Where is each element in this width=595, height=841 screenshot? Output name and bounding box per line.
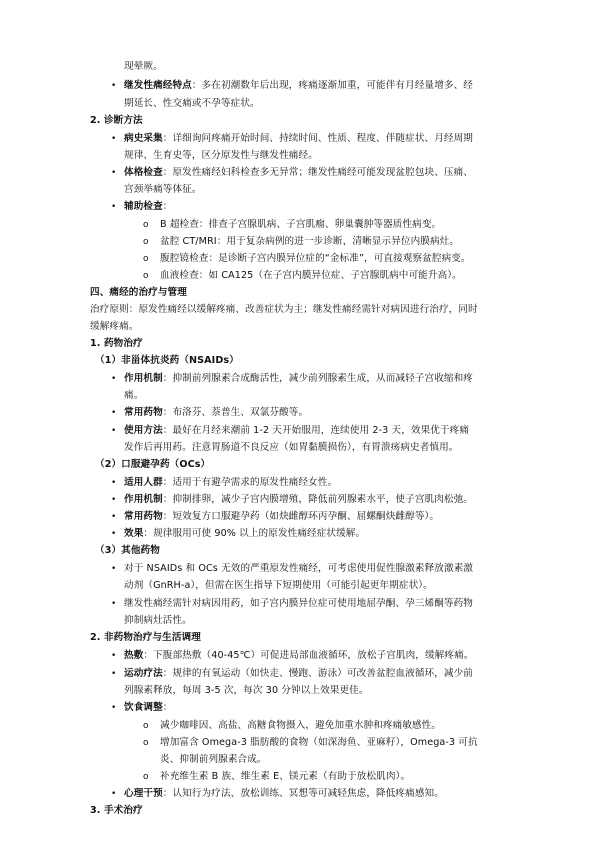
text-line: 盆腔 CT/MRI：用于复杂病例的进一步诊断，清晰显示异位内膜病灶。 bbox=[160, 235, 459, 249]
text-line: 作用机制：抑制前列腺素合成酶活性，减少前列腺素生成，从而减轻子宫收缩和疼 bbox=[124, 372, 473, 386]
body-text: 规律、生育史等，区分原发性与继发性痛经。 bbox=[124, 150, 318, 161]
term-label: 常用药物 bbox=[124, 407, 163, 418]
bullet-icon: • bbox=[111, 79, 116, 93]
section-heading: 3. 手术治疗 bbox=[90, 804, 143, 818]
term-label: 病史采集 bbox=[124, 133, 163, 144]
term-label: 常用药物 bbox=[124, 511, 163, 522]
body-text: ：短效复方口服避孕药（如炔雌醇环丙孕酮、屈螺酮炔雌醇等）。 bbox=[163, 511, 439, 522]
bullet-icon: • bbox=[111, 476, 116, 490]
text-line: 腹腔镜检查：是诊断子宫内膜异位症的“金标准”，可直接观察盆腔病变。 bbox=[160, 252, 471, 266]
text-line: 使用方法：最好在月经来潮前 1-2 天开始服用，连续使用 2-3 天，效果优于疼… bbox=[124, 424, 469, 438]
bullet-icon: • bbox=[111, 667, 116, 681]
body-text: ：最好在月经来潮前 1-2 天开始服用，连续使用 2-3 天，效果优于疼痛 bbox=[163, 425, 469, 436]
text-line: 运动疗法：规律的有氧运动（如快走、慢跑、游泳）可改善盆腔血液循环，减少前 bbox=[124, 667, 473, 681]
term-label: 体格检查 bbox=[124, 167, 163, 178]
body-text: ：抑制排卵，减少子宫内膜增殖，降低前列腺素水平，使子宫肌肉松弛。 bbox=[163, 494, 473, 505]
text-line: 辅助检查： bbox=[124, 200, 172, 214]
body-text: ： bbox=[163, 201, 173, 212]
body-text: 炎、抑制前列腺素合成。 bbox=[160, 754, 267, 765]
sub-bullet-icon: o bbox=[143, 235, 149, 249]
body-text: ：认知行为疗法、放松训练、冥想等可减轻焦虑，降低疼痛感知。 bbox=[163, 788, 444, 799]
text-line: 增加富含 Omega-3 脂肪酸的食物（如深海鱼、亚麻籽），Omega-3 可抗 bbox=[160, 736, 478, 750]
body-text: 期延长、性交痛或不孕等症状。 bbox=[124, 98, 260, 109]
body-text: 发作后再用药。注意胃肠道不良反应（如胃黏膜损伤），有胃溃疡病史者慎用。 bbox=[124, 442, 458, 453]
section-heading: 2. 诊断方法 bbox=[90, 114, 143, 128]
term-label: 继发性痛经特点 bbox=[124, 80, 192, 91]
text-line: 列腺素释放，每周 3-5 次，每次 30 分钟以上效果更佳。 bbox=[124, 684, 369, 698]
heading-text: （1）非甾体抗炎药（NSAIDs） bbox=[95, 355, 239, 366]
body-text: 增加富含 Omega-3 脂肪酸的食物（如深海鱼、亚麻籽），Omega-3 可抗 bbox=[160, 737, 478, 748]
section-heading: 1. 药物治疗 bbox=[90, 337, 143, 351]
term-label: 适用人群 bbox=[124, 477, 163, 488]
body-text: 抑制病灶活性。 bbox=[124, 615, 192, 626]
section-heading: （3）其他药物 bbox=[95, 544, 160, 558]
text-line: 常用药物：布洛芬、萘普生、双氯芬酸等。 bbox=[124, 406, 308, 420]
body-text: B 超检查：排查子宫腺肌病、子宫肌瘤、卵巢囊肿等器质性病变。 bbox=[160, 219, 441, 230]
body-text: ：适用于有避孕需求的原发性痛经女性。 bbox=[163, 477, 338, 488]
text-line: 减少咖啡因、高盐、高糖食物摄入，避免加重水肿和疼痛敏感性。 bbox=[160, 719, 441, 733]
text-line: B 超检查：排查子宫腺肌病、子宫肌瘤、卵巢囊肿等器质性病变。 bbox=[160, 218, 441, 232]
body-text: 治疗原则：原发性痛经以缓解疼痛、改善症状为主；继发性痛经需针对病因进行治疗，同时 bbox=[90, 304, 478, 315]
heading-text: 3. 手术治疗 bbox=[90, 805, 143, 816]
heading-text: 1. 药物治疗 bbox=[90, 338, 143, 349]
bullet-icon: • bbox=[111, 649, 116, 663]
text-line: 抑制病灶活性。 bbox=[124, 614, 192, 628]
text-line: 动剂（GnRH-a），但需在医生指导下短期使用（可能引起更年期症状）。 bbox=[124, 579, 433, 593]
text-line: 宫颈举痛等体征。 bbox=[124, 183, 202, 197]
text-line: 作用机制：抑制排卵，减少子宫内膜增殖，降低前列腺素水平，使子宫肌肉松弛。 bbox=[124, 493, 473, 507]
body-text: ：原发性痛经妇科检查多无异常；继发性痛经可能发现盆腔包块、压痛、 bbox=[163, 167, 473, 178]
body-text: 宫颈举痛等体征。 bbox=[124, 184, 202, 195]
body-text: ：规律的有氧运动（如快走、慢跑、游泳）可改善盆腔血液循环，减少前 bbox=[163, 668, 473, 679]
text-line: 补充维生素 B 族、维生素 E、镁元素（有助于放松肌肉）。 bbox=[160, 770, 410, 784]
sub-bullet-icon: o bbox=[143, 736, 149, 750]
text-line: 适用人群：适用于有避孕需求的原发性痛经女性。 bbox=[124, 476, 337, 490]
text-line: 现晕厥。 bbox=[124, 60, 163, 74]
bullet-icon: • bbox=[111, 510, 116, 524]
bullet-icon: • bbox=[111, 166, 116, 180]
body-text: 列腺素释放，每周 3-5 次，每次 30 分钟以上效果更佳。 bbox=[124, 685, 369, 696]
section-heading: （2）口服避孕药（OCs） bbox=[95, 458, 210, 472]
text-line: 热敷：下腹部热敷（40-45℃）可促进局部血液循环，放松子宫肌肉，缓解疼痛。 bbox=[124, 649, 473, 663]
text-line: 效果：规律服用可使 90% 以上的原发性痛经症状缓解。 bbox=[124, 527, 365, 541]
text-line: 常用药物：短效复方口服避孕药（如炔雌醇环丙孕酮、屈螺酮炔雌醇等）。 bbox=[124, 510, 439, 524]
term-label: 作用机制 bbox=[124, 494, 163, 505]
text-line: 规律、生育史等，区分原发性与继发性痛经。 bbox=[124, 149, 318, 163]
body-text: ：抑制前列腺素合成酶活性，减少前列腺素生成，从而减轻子宫收缩和疼 bbox=[163, 373, 473, 384]
heading-text: （2）口服避孕药（OCs） bbox=[95, 459, 210, 470]
body-text: 痛。 bbox=[124, 390, 143, 401]
heading-text: 2. 诊断方法 bbox=[90, 115, 143, 126]
term-label: 心理干预 bbox=[124, 788, 163, 799]
body-text: 缓解疼痛。 bbox=[90, 321, 138, 332]
body-text: 血液检查：如 CA125（在子宫内膜异位症、子宫腺肌病中可能升高）。 bbox=[160, 270, 462, 281]
body-text: 盆腔 CT/MRI：用于复杂病例的进一步诊断，清晰显示异位内膜病灶。 bbox=[160, 236, 459, 247]
heading-text: （3）其他药物 bbox=[95, 545, 160, 556]
sub-bullet-icon: o bbox=[143, 218, 149, 232]
section-heading: 四、痛经的治疗与管理 bbox=[90, 286, 187, 300]
text-line: 心理干预：认知行为疗法、放松训练、冥想等可减轻焦虑，降低疼痛感知。 bbox=[124, 787, 444, 801]
text-line: 血液检查：如 CA125（在子宫内膜异位症、子宫腺肌病中可能升高）。 bbox=[160, 269, 462, 283]
heading-text: 2. 非药物治疗与生活调理 bbox=[90, 632, 201, 643]
document-page: 现晕厥。•继发性痛经特点：多在初潮数年后出现，疼痛逐渐加重，可能伴有月经量增多、… bbox=[0, 0, 595, 841]
body-text: 现晕厥。 bbox=[124, 61, 163, 72]
body-text: ： bbox=[163, 702, 173, 713]
body-text: ：下腹部热敷（40-45℃）可促进局部血液循环，放松子宫肌肉，缓解疼痛。 bbox=[143, 650, 473, 661]
heading-text: 四、痛经的治疗与管理 bbox=[90, 287, 187, 298]
text-line: 病史采集：详细询问疼痛开始时间、持续时间、性质、程度、伴随症状、月经周期 bbox=[124, 132, 473, 146]
sub-bullet-icon: o bbox=[143, 770, 149, 784]
body-text: 补充维生素 B 族、维生素 E、镁元素（有助于放松肌肉）。 bbox=[160, 771, 410, 782]
body-text: 对于 NSAIDs 和 OCs 无效的严重原发性痛经，可考虑使用促性腺激素释放激… bbox=[124, 563, 473, 574]
bullet-icon: • bbox=[111, 787, 116, 801]
bullet-icon: • bbox=[111, 527, 116, 541]
body-text: ：多在初潮数年后出现，疼痛逐渐加重，可能伴有月经量增多、经 bbox=[192, 80, 473, 91]
bullet-icon: • bbox=[111, 132, 116, 146]
section-heading: 2. 非药物治疗与生活调理 bbox=[90, 631, 201, 645]
body-text: 腹腔镜检查：是诊断子宫内膜异位症的“金标准”，可直接观察盆腔病变。 bbox=[160, 253, 471, 264]
text-line: 饮食调整： bbox=[124, 701, 172, 715]
text-line: 期延长、性交痛或不孕等症状。 bbox=[124, 97, 260, 111]
text-line: 治疗原则：原发性痛经以缓解疼痛、改善症状为主；继发性痛经需针对病因进行治疗，同时 bbox=[90, 303, 478, 317]
term-label: 热敷 bbox=[124, 650, 143, 661]
text-line: 痛。 bbox=[124, 389, 143, 403]
text-line: 发作后再用药。注意胃肠道不良反应（如胃黏膜损伤），有胃溃疡病史者慎用。 bbox=[124, 441, 458, 455]
text-line: 炎、抑制前列腺素合成。 bbox=[160, 753, 267, 767]
body-text: ：布洛芬、萘普生、双氯芬酸等。 bbox=[163, 407, 308, 418]
body-text: ：详细询问疼痛开始时间、持续时间、性质、程度、伴随症状、月经周期 bbox=[163, 133, 473, 144]
bullet-icon: • bbox=[111, 424, 116, 438]
section-heading: （1）非甾体抗炎药（NSAIDs） bbox=[95, 354, 239, 368]
bullet-icon: • bbox=[111, 372, 116, 386]
bullet-icon: • bbox=[111, 597, 116, 611]
term-label: 运动疗法 bbox=[124, 668, 163, 679]
body-text: 继发性痛经需针对病因用药，如子宫内膜异位症可使用地屈孕酮、孕三烯酮等药物 bbox=[124, 598, 473, 609]
text-line: 继发性痛经需针对病因用药，如子宫内膜异位症可使用地屈孕酮、孕三烯酮等药物 bbox=[124, 597, 473, 611]
sub-bullet-icon: o bbox=[143, 252, 149, 266]
bullet-icon: • bbox=[111, 200, 116, 214]
term-label: 作用机制 bbox=[124, 373, 163, 384]
term-label: 辅助检查 bbox=[124, 201, 163, 212]
body-text: 减少咖啡因、高盐、高糖食物摄入，避免加重水肿和疼痛敏感性。 bbox=[160, 720, 441, 731]
body-text: ：规律服用可使 90% 以上的原发性痛经症状缓解。 bbox=[143, 528, 365, 539]
text-line: 体格检查：原发性痛经妇科检查多无异常；继发性痛经可能发现盆腔包块、压痛、 bbox=[124, 166, 473, 180]
text-line: 继发性痛经特点：多在初潮数年后出现，疼痛逐渐加重，可能伴有月经量增多、经 bbox=[124, 79, 473, 93]
term-label: 使用方法 bbox=[124, 425, 163, 436]
text-line: 缓解疼痛。 bbox=[90, 320, 138, 334]
body-text: 动剂（GnRH-a），但需在医生指导下短期使用（可能引起更年期症状）。 bbox=[124, 580, 433, 591]
term-label: 饮食调整 bbox=[124, 702, 163, 713]
sub-bullet-icon: o bbox=[143, 269, 149, 283]
bullet-icon: • bbox=[111, 493, 116, 507]
bullet-icon: • bbox=[111, 701, 116, 715]
bullet-icon: • bbox=[111, 562, 116, 576]
bullet-icon: • bbox=[111, 406, 116, 420]
text-line: 对于 NSAIDs 和 OCs 无效的严重原发性痛经，可考虑使用促性腺激素释放激… bbox=[124, 562, 473, 576]
sub-bullet-icon: o bbox=[143, 719, 149, 733]
term-label: 效果 bbox=[124, 528, 143, 539]
